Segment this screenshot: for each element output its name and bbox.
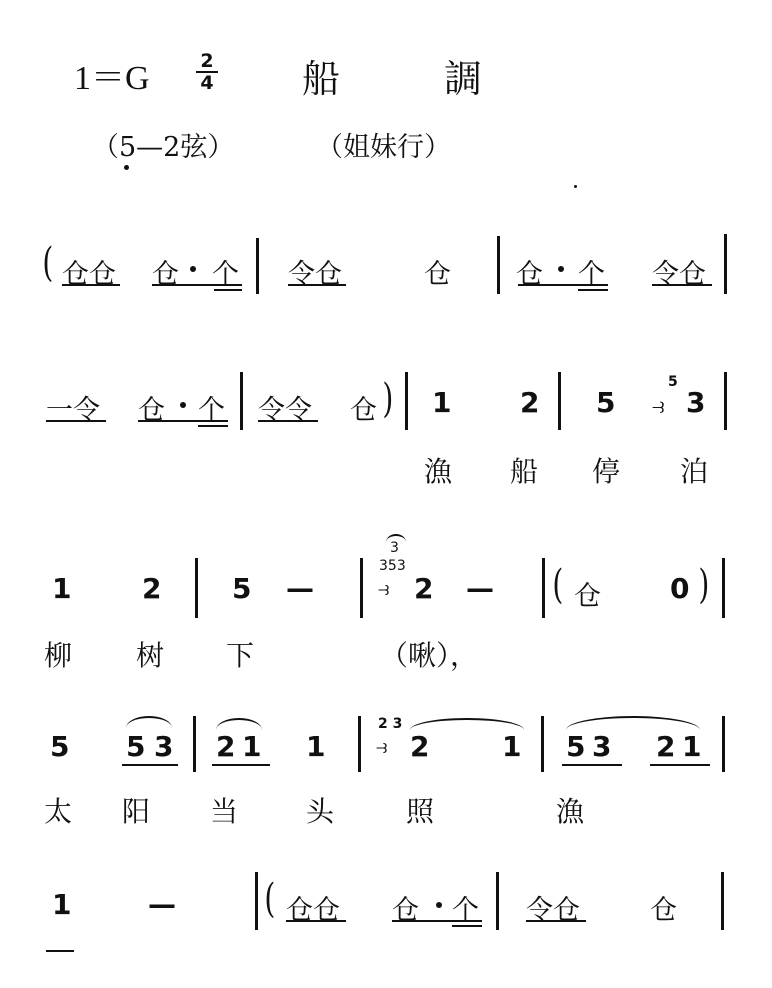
- note: 1: [682, 730, 701, 763]
- eighth-underline: [62, 284, 120, 286]
- lyric: 阳: [122, 790, 150, 830]
- eighth-underline: [650, 764, 710, 766]
- grace-mark-icon: ⥽: [376, 734, 387, 758]
- barline: [360, 558, 363, 618]
- barline: [193, 716, 196, 772]
- note: 1: [502, 730, 521, 763]
- note: 1: [52, 572, 71, 605]
- eighth-underline: [212, 764, 270, 766]
- lyric: 船: [510, 450, 538, 490]
- lyric: 当: [210, 790, 238, 830]
- barline: [724, 234, 727, 294]
- note: 5: [50, 730, 69, 763]
- eighth-underline: [562, 764, 622, 766]
- dot-rhythm: [436, 902, 442, 908]
- barline: [195, 558, 198, 618]
- lyric: 漁: [556, 790, 584, 830]
- lyric: 柳: [44, 634, 72, 674]
- tie: [410, 718, 524, 730]
- sixteenth-underline: [452, 925, 482, 927]
- dash-extension: —: [286, 572, 314, 605]
- source-label: （姐妹行）: [316, 125, 451, 164]
- eighth-underline: [46, 420, 106, 422]
- title-char-2: 調: [444, 48, 482, 103]
- slur: [566, 716, 700, 730]
- grace-mark-icon: ⥽: [652, 394, 664, 419]
- lyric: 照: [406, 790, 434, 830]
- note: 1: [242, 730, 261, 763]
- time-sig-bottom: 4: [200, 72, 213, 94]
- time-sig-top: 2: [200, 50, 213, 72]
- lyric: （啾），: [380, 634, 478, 674]
- grace-note: 5: [668, 374, 678, 390]
- note: 2: [410, 730, 429, 763]
- barline: [721, 872, 724, 930]
- lyric: 泊: [680, 450, 708, 490]
- eighth-underline: [392, 920, 482, 922]
- lyric: 树: [136, 634, 164, 674]
- note: 2: [414, 572, 433, 605]
- lyric: 漁: [424, 450, 452, 490]
- sixteenth-underline: [198, 425, 228, 427]
- note: 3: [154, 730, 173, 763]
- open-paren: (: [42, 240, 53, 286]
- low-octave-dot: [124, 165, 129, 170]
- barline: [722, 558, 725, 618]
- close-paren: ): [382, 376, 393, 422]
- percussion-syllable: 仓: [350, 388, 377, 427]
- note: 1: [432, 386, 451, 419]
- barline: [405, 372, 408, 430]
- dot-rhythm: [558, 266, 564, 272]
- barline: [541, 716, 544, 772]
- barline: [256, 238, 259, 294]
- barline: [558, 372, 561, 430]
- note: 1: [52, 888, 71, 921]
- eighth-underline: [652, 284, 712, 286]
- dash-extension: —: [148, 888, 176, 921]
- eighth-underline: [152, 284, 242, 286]
- eighth-underline: [138, 420, 228, 422]
- note: 2: [520, 386, 539, 419]
- dot-rhythm: [190, 266, 196, 272]
- speck: [574, 185, 577, 188]
- slur: [216, 718, 262, 730]
- time-signature: 2 4: [196, 52, 218, 92]
- lyric: 太: [44, 790, 72, 830]
- tuning-label: （5—2弦）: [92, 125, 234, 164]
- note: 5: [126, 730, 145, 763]
- tuplet-number: 3: [390, 540, 399, 556]
- barline: [542, 558, 545, 618]
- note: 2: [656, 730, 675, 763]
- dot-rhythm: [180, 402, 186, 408]
- barline: [358, 716, 361, 772]
- note: 5: [566, 730, 585, 763]
- slur: [126, 716, 172, 728]
- note: 3: [592, 730, 611, 763]
- barline: [722, 716, 725, 772]
- sixteenth-underline: [578, 289, 608, 291]
- eighth-underline: [518, 284, 608, 286]
- grace-notes: 353: [379, 558, 406, 574]
- key-signature: 1＝G: [74, 50, 150, 99]
- lyric: 停: [592, 450, 620, 490]
- percussion-syllable: 仓: [650, 888, 677, 927]
- cut-off-lyric-fragment: [46, 950, 74, 952]
- note: 5: [232, 572, 251, 605]
- percussion-syllable: 仓: [424, 252, 451, 291]
- grace-mark-icon: ⥽: [378, 576, 389, 600]
- close-paren: ): [698, 562, 709, 608]
- barline: [255, 872, 258, 930]
- open-paren: (: [264, 876, 275, 922]
- note: 5: [596, 386, 615, 419]
- open-paren: (: [552, 562, 563, 608]
- lyric: 头: [306, 790, 334, 830]
- note: 3: [686, 386, 705, 419]
- barline: [724, 372, 727, 430]
- note: 2: [142, 572, 161, 605]
- sixteenth-underline: [214, 289, 242, 291]
- rest: 0: [670, 572, 689, 605]
- barline: [240, 372, 243, 430]
- barline: [497, 236, 500, 294]
- barline: [496, 872, 499, 930]
- grace-notes: 2 3: [378, 716, 402, 732]
- note: 2: [216, 730, 235, 763]
- dash-extension: —: [466, 572, 494, 605]
- eighth-underline: [286, 920, 346, 922]
- percussion-syllable: 仓: [574, 574, 601, 613]
- eighth-underline: [526, 920, 586, 922]
- note: 1: [306, 730, 325, 763]
- eighth-underline: [288, 284, 346, 286]
- eighth-underline: [122, 764, 178, 766]
- eighth-underline: [258, 420, 318, 422]
- lyric: 下: [226, 634, 254, 674]
- title-char-1: 船: [302, 48, 340, 103]
